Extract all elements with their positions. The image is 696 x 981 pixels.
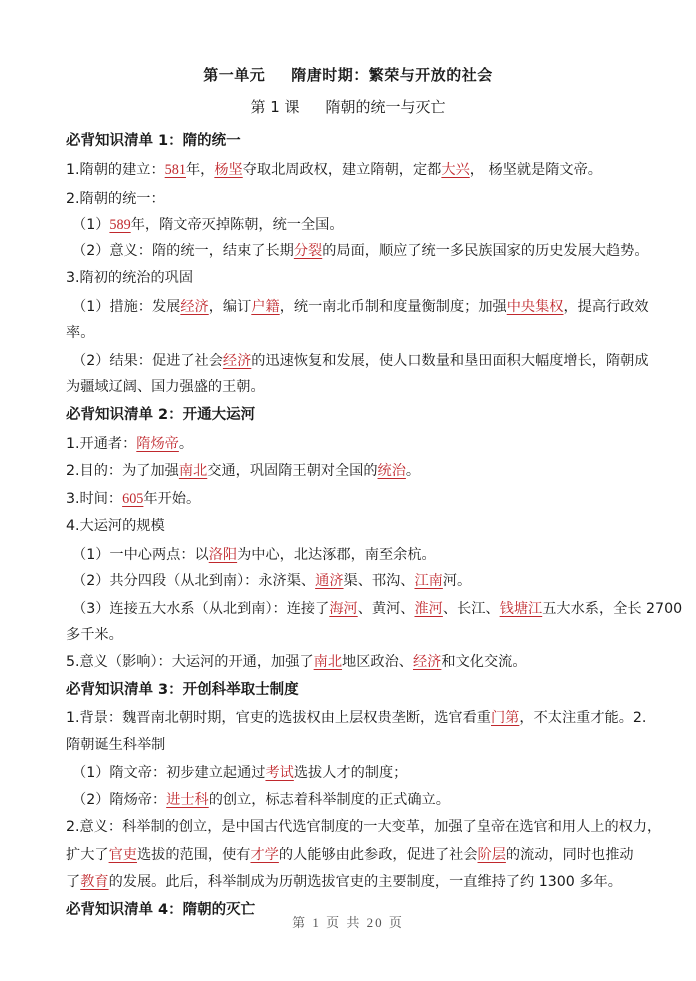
lesson-number: 第 1 课 bbox=[250, 98, 299, 116]
key-term: 统治 bbox=[378, 463, 406, 479]
text-line: 4.大运河的规模 bbox=[66, 516, 638, 536]
key-term: 隋炀帝 bbox=[136, 436, 179, 452]
text-line: （2）共分四段（从北到南）：永济渠、通济渠、邗沟、江南河。 bbox=[72, 571, 644, 591]
lesson-name: 隋朝的统一与灭亡 bbox=[326, 98, 446, 116]
key-term: 户籍 bbox=[251, 299, 279, 315]
lesson-title: 第 1 课隋朝的统一与灭亡 bbox=[0, 96, 696, 117]
text-line: （2）意义：隋的统一，结束了长期分裂的局面，顺应了统一多民族国家的历史发展大趋势… bbox=[72, 241, 644, 261]
key-term: 中央集权 bbox=[507, 299, 564, 315]
text-line: 2.隋朝的统一： bbox=[66, 189, 638, 209]
text-line: 多千米。 bbox=[66, 625, 638, 645]
text-line: 2.意义：科举制的创立，是中国古代选官制度的一大变革，加强了皇帝在选官和用人上的… bbox=[66, 817, 638, 837]
text-line: （1）589年，隋文帝灭掉陈朝，统一全国。 bbox=[72, 215, 644, 235]
text-line: 扩大了官吏选拔的范围，使有才学的人能够由此参政，促进了社会阶层的流动，同时也推动 bbox=[66, 845, 638, 865]
key-term: 阶层 bbox=[478, 847, 506, 863]
key-term: 进士科 bbox=[166, 792, 209, 808]
document-page: 第一单元隋唐时期：繁荣与开放的社会 第 1 课隋朝的统一与灭亡 必背知识清单 1… bbox=[0, 0, 696, 981]
key-term: 经济 bbox=[223, 353, 251, 369]
section-heading: 必背知识清单 3：开创科举取士制度 bbox=[66, 680, 638, 700]
page-footer: 第 1 页 共 20 页 bbox=[0, 912, 696, 931]
key-term: 才学 bbox=[250, 847, 278, 863]
text-line: 3.时间：605年开始。 bbox=[66, 489, 638, 509]
section-heading: 必背知识清单 1：隋的统一 bbox=[66, 131, 638, 151]
key-term: 杨坚 bbox=[214, 162, 242, 178]
key-term: 官吏 bbox=[109, 847, 137, 863]
key-term: 经济 bbox=[180, 299, 208, 315]
unit-title: 第一单元隋唐时期：繁荣与开放的社会 bbox=[0, 64, 696, 85]
text-line: 1.开通者：隋炀帝。 bbox=[66, 434, 638, 454]
key-term: 分裂 bbox=[294, 243, 322, 259]
key-term: 淮河 bbox=[414, 601, 442, 617]
key-term: 门第 bbox=[491, 710, 519, 726]
section-heading: 必背知识清单 2：开通大运河 bbox=[66, 405, 638, 425]
key-term: 南北 bbox=[314, 654, 342, 670]
text-line: 隋朝诞生科举制 bbox=[66, 735, 638, 755]
key-term: 海河 bbox=[329, 601, 357, 617]
text-line: 3.隋初的统治的巩固 bbox=[66, 268, 638, 288]
key-term: 考试 bbox=[265, 765, 293, 781]
key-term: 钱塘江 bbox=[500, 601, 543, 617]
key-term: 大兴 bbox=[441, 162, 469, 178]
text-line: 率。 bbox=[66, 323, 638, 343]
text-line: （2）结果：促进了社会经济的迅速恢复和发展，使人口数量和垦田面积大幅度增长，隋朝… bbox=[72, 351, 644, 371]
unit-title-label: 第一单元 bbox=[203, 66, 265, 84]
text-line: 了教育的发展。此后，科举制成为历朝选拔官吏的主要制度，一直维持了约 1300 多… bbox=[66, 872, 638, 892]
key-term: 教育 bbox=[80, 874, 108, 890]
text-line: 5.意义（影响）：大运河的开通，加强了南北地区政治、经济和文化交流。 bbox=[66, 652, 638, 672]
unit-subtitle: 隋唐时期：繁荣与开放的社会 bbox=[291, 66, 493, 84]
text-line: 2.目的：为了加强南北交通，巩固隋王朝对全国的统治。 bbox=[66, 461, 638, 481]
text-line: （3）连接五大水系（从北到南）：连接了海河、黄河、淮河、长江、钱塘江五大水系，全… bbox=[72, 599, 644, 619]
text-line: 为疆域辽阔、国力强盛的王朝。 bbox=[66, 377, 638, 397]
key-term: 南北 bbox=[179, 463, 207, 479]
key-term: 经济 bbox=[413, 654, 441, 670]
key-term: 605 bbox=[122, 491, 143, 507]
text-line: （1）一中心两点：以洛阳为中心，北达涿郡，南至余杭。 bbox=[72, 545, 644, 565]
text-line: （1）措施：发展经济，编订户籍，统一南北币制和度量衡制度；加强中央集权，提高行政… bbox=[72, 297, 644, 317]
key-term: 589 bbox=[109, 217, 130, 233]
key-term: 通济 bbox=[315, 573, 343, 589]
text-line: 1.隋朝的建立：581年，杨坚夺取北周政权，建立隋朝，定都大兴， 杨坚就是隋文帝… bbox=[66, 160, 638, 180]
key-term: 581 bbox=[165, 162, 186, 178]
text-line: 1.背景：魏晋南北朝时期，官吏的选拔权由上层权贵垄断，选官看重门第，不太注重才能… bbox=[66, 708, 638, 728]
text-line: （2）隋炀帝：进士科的创立，标志着科举制度的正式确立。 bbox=[72, 790, 644, 810]
text-line: （1）隋文帝：初步建立起通过考试选拔人才的制度； bbox=[72, 763, 644, 783]
key-term: 江南 bbox=[414, 573, 442, 589]
key-term: 洛阳 bbox=[209, 547, 237, 563]
